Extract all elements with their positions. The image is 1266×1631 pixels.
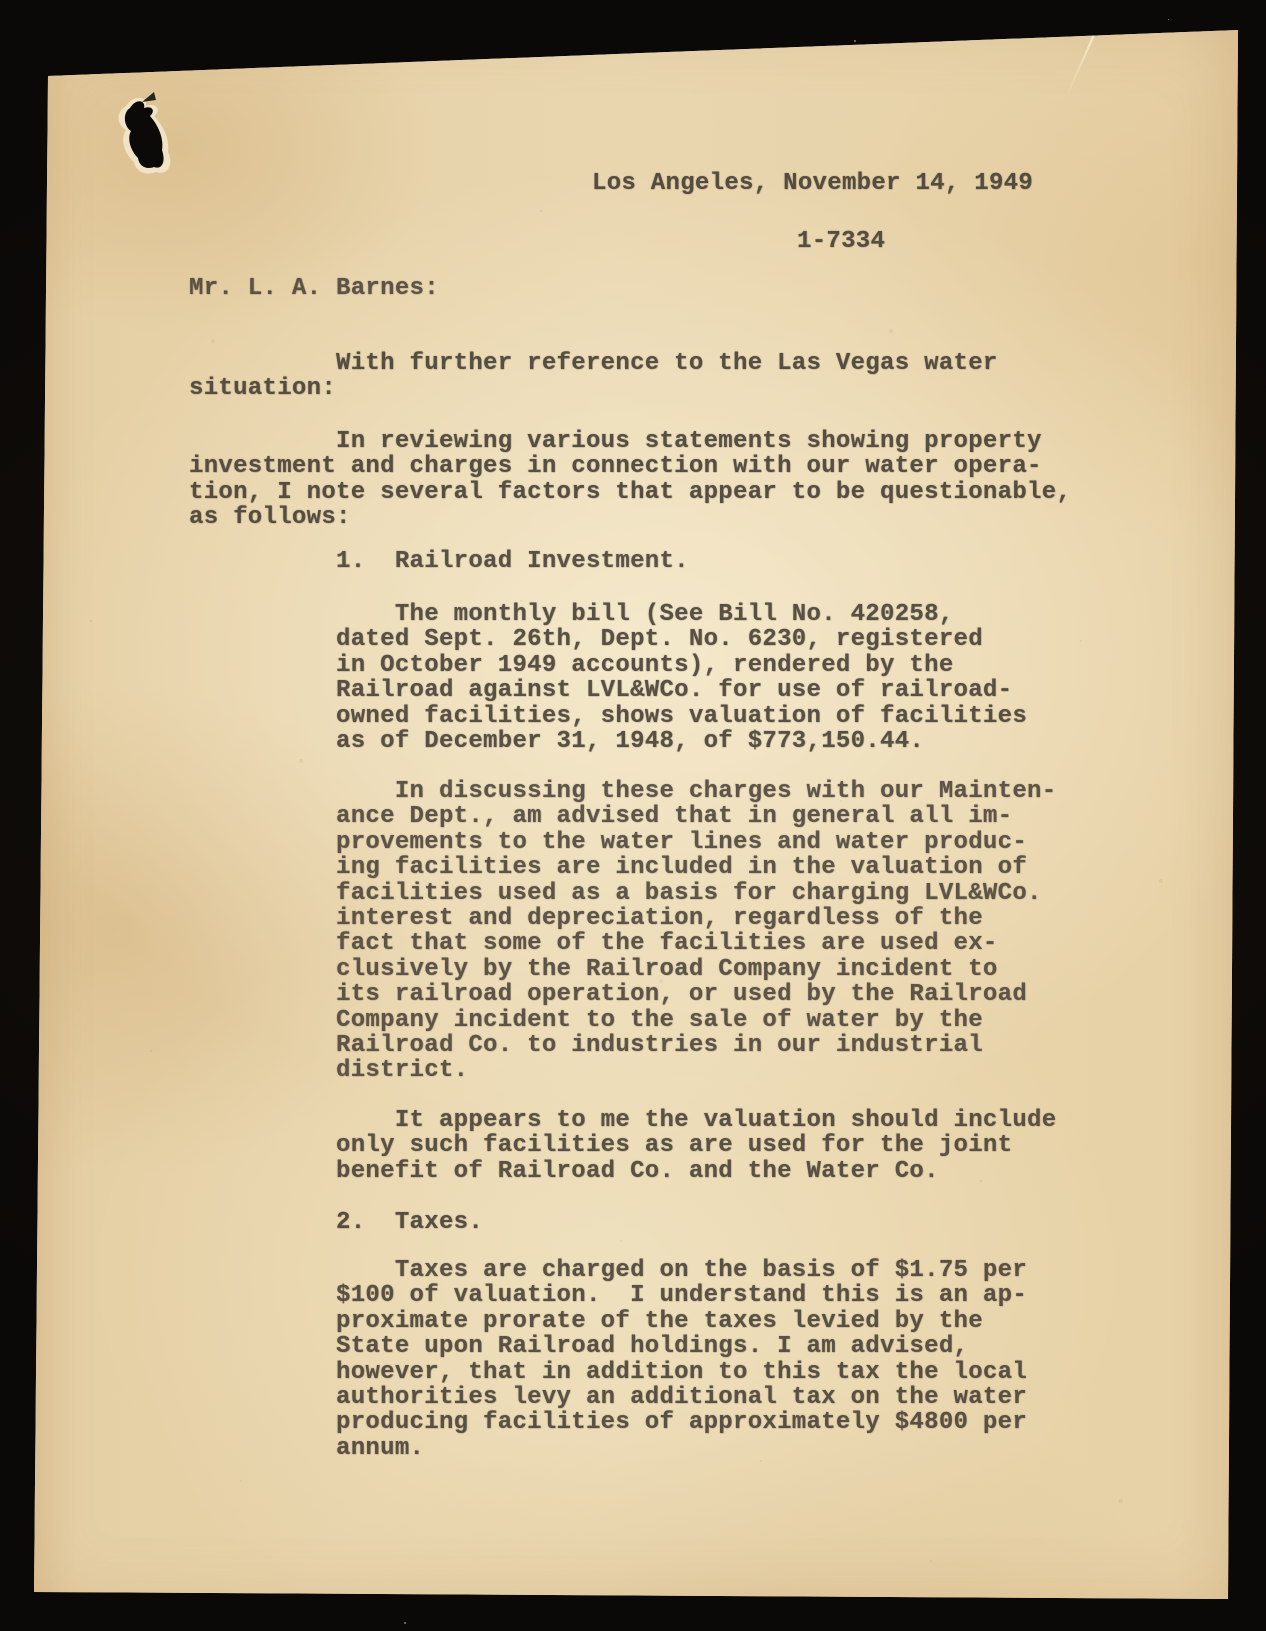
monthly-bill-paragraph: The monthly bill (See Bill No. 420258, d… (189, 602, 1027, 754)
torn-fastener-hole (96, 80, 206, 200)
scan-background: Los Angeles, November 14, 1949 1-7334 Mr… (0, 0, 1266, 1631)
paper-crease (1066, 28, 1098, 96)
dust-speck (404, 1622, 406, 1624)
dust-speck (1168, 19, 1169, 20)
paper-fiber-speckles (0, 0, 2, 2)
section-1-heading: 1. Railroad Investment. (189, 549, 689, 574)
discussion-paragraph: In discussing these charges with our Mai… (189, 779, 1056, 1084)
opening-paragraph: With further reference to the Las Vegas … (189, 351, 998, 402)
section-2-heading: 2. Taxes. (189, 1210, 483, 1235)
letter-paper: Los Angeles, November 14, 1949 1-7334 Mr… (0, 0, 1266, 1631)
dust-speck (854, 40, 856, 42)
staple-scratch-mark (222, 61, 302, 69)
review-paragraph: In reviewing various statements showing … (189, 429, 1071, 531)
salutation: Mr. L. A. Barnes: (189, 276, 439, 301)
file-number: 1-7334 (797, 229, 885, 254)
taxes-paragraph: Taxes are charged on the basis of $1.75 … (189, 1258, 1027, 1461)
dateline: Los Angeles, November 14, 1949 (592, 171, 1033, 196)
valuation-opinion-paragraph: It appears to me the valuation should in… (189, 1108, 1056, 1184)
